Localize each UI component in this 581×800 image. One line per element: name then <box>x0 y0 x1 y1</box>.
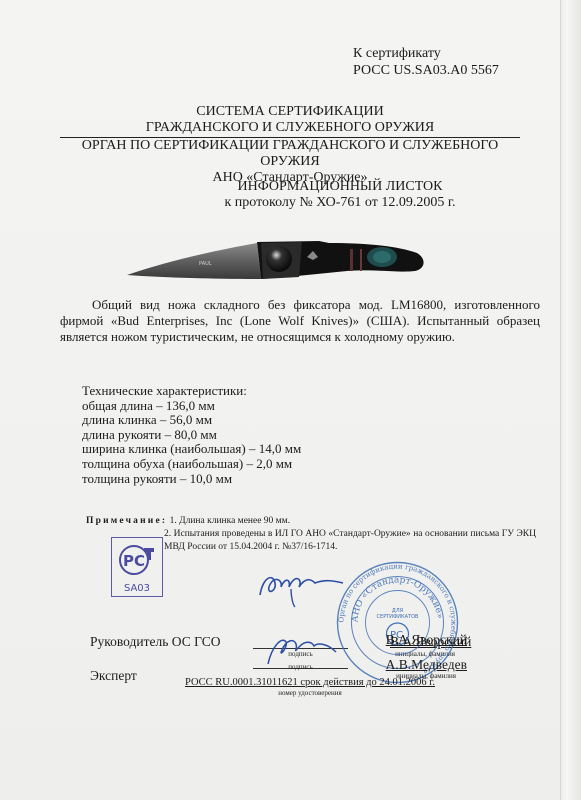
signature-role-head: Руководитель ОС ГСО <box>90 634 220 650</box>
protocol-reference: к протоколу № ХО-761 от 12.09.2005 г. <box>120 195 560 211</box>
rst-logo-icon: PC <box>112 538 162 578</box>
scan-edge <box>560 0 581 800</box>
signer-name-expert: А.В.Медведев <box>385 657 467 673</box>
document-page: К сертификату РОСС US.SA03.A0 5567 СИСТЕ… <box>0 0 581 800</box>
stamp-code: SA03 <box>112 583 162 594</box>
system-line-2: ГРАЖДАНСКОГО И СЛУЖЕБНОГО ОРУЖИЯ <box>60 120 520 136</box>
notes-label: Примечание: <box>86 516 167 526</box>
spec-item: толщина рукояти – 10,0 мм <box>82 472 301 487</box>
system-line-1: СИСТЕМА СЕРТИФИКАЦИИ <box>60 104 520 120</box>
certificate-number: РОСС US.SA03.A0 5567 <box>353 62 499 79</box>
certificate-reference: К сертификату РОСС US.SA03.A0 5567 <box>353 45 499 79</box>
certificate-reference-label: К сертификату <box>353 45 499 62</box>
description-paragraph: Общий вид ножа складного без фиксатора м… <box>60 297 540 345</box>
system-header: СИСТЕМА СЕРТИФИКАЦИИ ГРАЖДАНСКОГО И СЛУЖ… <box>60 104 520 136</box>
signature-expert-graphic <box>262 630 342 670</box>
signature-head-graphic <box>255 565 345 610</box>
spec-item: толщина обуха (наибольшая) – 2,0 мм <box>82 457 301 472</box>
svg-text:СЕРТИФИКАТОВ: СЕРТИФИКАТОВ <box>377 614 419 620</box>
accreditation-number: РОСС RU.0001.31011621 срок действия до 2… <box>160 677 460 688</box>
title-heading: ИНФОРМАЦИОННЫЙ ЛИСТОК <box>120 179 560 195</box>
spec-item: длина клинка – 56,0 мм <box>82 413 301 428</box>
document-title: ИНФОРМАЦИОННЫЙ ЛИСТОК к протоколу № ХО-7… <box>120 179 560 211</box>
spec-item: длина рукояти – 80,0 мм <box>82 428 301 443</box>
specs-heading: Технические характеристики: <box>82 384 301 399</box>
spec-item: ширина клинка (наибольшая) – 14,0 мм <box>82 442 301 457</box>
body-line-1: ОРГАН ПО СЕРТИФИКАЦИИ ГРАЖДАНСКОГО И СЛУ… <box>60 138 520 170</box>
svg-text:PC: PC <box>123 552 145 570</box>
signer-name-head-overlay: В.А.Яворский <box>385 632 467 648</box>
note-item-1: 1. Длина клинка менее 90 мм. <box>170 516 290 526</box>
accreditation-caption: номер удостоверения <box>160 689 460 697</box>
svg-text:PAUL: PAUL <box>199 261 212 267</box>
signature-role-expert: Эксперт <box>90 668 137 684</box>
technical-specs: Технические характеристики: общая длина … <box>82 384 301 486</box>
conformity-mark-stamp: PC SA03 <box>111 537 163 597</box>
spec-item: общая длина – 136,0 мм <box>82 399 301 414</box>
knife-photo: PAUL <box>127 237 427 287</box>
description-text: Общий вид ножа складного без фиксатора м… <box>60 297 540 344</box>
